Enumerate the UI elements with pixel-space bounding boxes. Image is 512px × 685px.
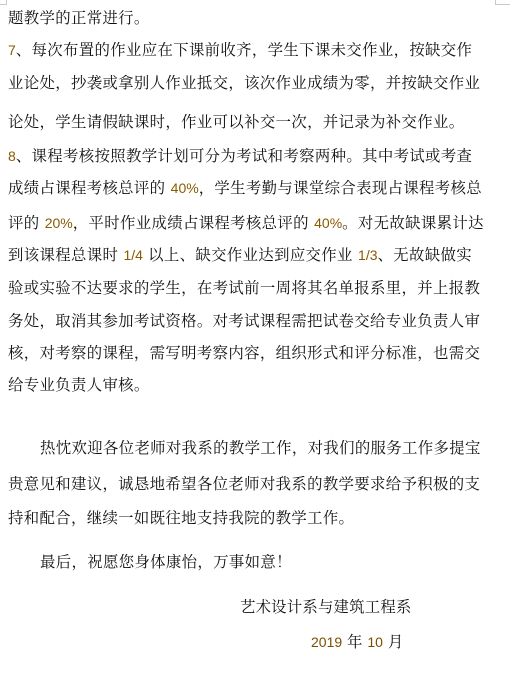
text-line: 验或实验不达要求的学生，在考试前一周将其名单报系里，并上报教 bbox=[8, 278, 508, 298]
line-text: 验或实验不达要求的学生，在考试前一周将其名单报系里，并上报教 bbox=[8, 279, 480, 297]
line-text: 持和配合，继续一如既往地支持我院的教学工作。 bbox=[8, 509, 354, 527]
text-line: 持和配合，继续一如既往地支持我院的教学工作。 bbox=[8, 508, 508, 528]
line-text: 题教学的正常进行。 bbox=[8, 9, 150, 27]
text-line: 贵意见和建议，诚恳地希望各位老师对我系的教学要求给予积极的支 bbox=[8, 474, 508, 494]
page-corner-mark-right bbox=[495, 0, 510, 5]
item-number: 8 bbox=[8, 148, 16, 164]
item-number: 7 bbox=[8, 42, 16, 58]
line-text: 核，对考察的课程，需写明考察内容，组织形式和评分标准，也需交 bbox=[8, 344, 480, 362]
text-line: 业论处，抄袭或拿别人作业抵交，该次作业成绩为零，并按缺交作业 bbox=[8, 73, 508, 93]
line-text: 到该课程总课时 bbox=[8, 246, 123, 264]
text-line: 成绩占课程考核总评的 40%，学生考勤与课堂综合表现占课程考核总 bbox=[8, 178, 508, 198]
line-text: 。对无故缺课累计达 bbox=[342, 214, 484, 232]
text-line: 论处，学生请假缺课时，作业可以补交一次，并记录为补交作业。 bbox=[8, 112, 508, 132]
text-line: 到该课程总课时 1/4 以上、缺交作业达到应交作业 1/3、无故缺做实 bbox=[8, 245, 508, 265]
percent-value: 20% bbox=[45, 215, 73, 231]
page-corner-mark-left bbox=[0, 0, 7, 5]
text-line: 给专业负责人审核。 bbox=[8, 375, 508, 395]
line-text: 贵意见和建议，诚恳地希望各位老师对我系的教学要求给予积极的支 bbox=[8, 475, 480, 493]
fraction-value: 1/4 bbox=[123, 247, 142, 263]
line-text: 业论处，抄袭或拿别人作业抵交，该次作业成绩为零，并按缺交作业 bbox=[8, 74, 480, 92]
list-item-8: 8、课程考核按照教学计划可分为考试和考察两种。其中考试或考查 bbox=[8, 146, 508, 166]
date-month: 10 bbox=[367, 634, 383, 650]
line-text: 以上、缺交作业达到应交作业 bbox=[143, 246, 358, 264]
line-text: 论处，学生请假缺课时，作业可以补交一次，并记录为补交作业。 bbox=[8, 113, 464, 131]
signature: 艺术设计系与建筑工程系 bbox=[240, 597, 412, 617]
line-text: ，平时作业成绩占课程考核总评的 bbox=[73, 214, 314, 232]
line-text: ，学生考勤与课堂综合表现占课程考核总 bbox=[199, 179, 482, 197]
line-text: 评的 bbox=[8, 214, 45, 232]
line-text: 、每次布置的作业应在下课前收齐，学生下课未交作业，按缺交作 bbox=[16, 41, 472, 59]
date-month-unit: 月 bbox=[383, 633, 403, 651]
line-text: 给专业负责人审核。 bbox=[8, 376, 150, 394]
percent-value: 40% bbox=[314, 215, 342, 231]
list-item-7: 7、每次布置的作业应在下课前收齐，学生下课未交作业，按缺交作 bbox=[8, 40, 508, 60]
line-text: 最后，祝愿您身体康怡，万事如意！ bbox=[40, 553, 292, 571]
date-year-unit: 年 bbox=[342, 633, 367, 651]
date-year: 2019 bbox=[311, 634, 342, 650]
line-text: 务处，取消其参加考试资格。对考试课程需把试卷交给专业负责人审 bbox=[8, 312, 480, 330]
fraction-value: 1/3 bbox=[358, 247, 377, 263]
percent-value: 40% bbox=[171, 180, 199, 196]
text-line: 核，对考察的课程，需写明考察内容，组织形式和评分标准，也需交 bbox=[8, 343, 508, 363]
line-text: 热忱欢迎各位老师对我系的教学工作，对我们的服务工作多提宝 bbox=[40, 439, 481, 457]
line-text: 、无故缺做实 bbox=[378, 246, 472, 264]
closing-wish: 最后，祝愿您身体康怡，万事如意！ bbox=[40, 552, 512, 572]
date: 2019 年 10 月 bbox=[311, 632, 403, 652]
text-line: 务处，取消其参加考试资格。对考试课程需把试卷交给专业负责人审 bbox=[8, 311, 508, 331]
text-line: 题教学的正常进行。 bbox=[8, 8, 508, 28]
text-line: 评的 20%，平时作业成绩占课程考核总评的 40%。对无故缺课累计达 bbox=[8, 213, 508, 233]
paragraph-closing: 热忱欢迎各位老师对我系的教学工作，对我们的服务工作多提宝 bbox=[40, 438, 512, 458]
line-text: 成绩占课程考核总评的 bbox=[8, 179, 171, 197]
line-text: 、课程考核按照教学计划可分为考试和考察两种。其中考试或考查 bbox=[16, 147, 472, 165]
